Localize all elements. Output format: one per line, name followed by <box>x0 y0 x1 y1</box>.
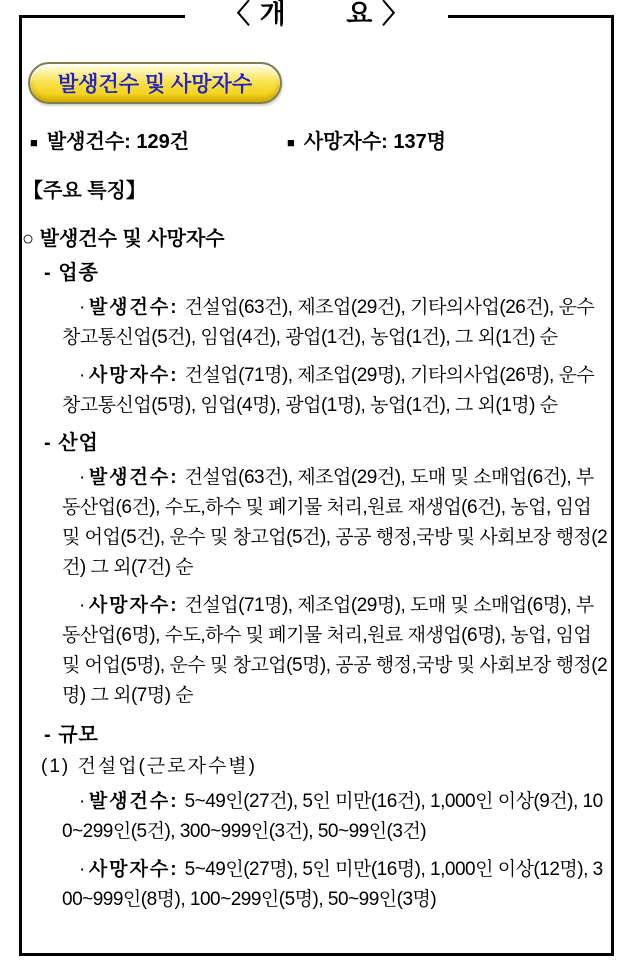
section-industry-type: - 업종 ·발생건수:건설업(63건), 제조업(29건), 기타의사업(26건… <box>22 261 611 421</box>
para-label: 발생건수: <box>89 467 179 488</box>
stat-deaths-text: 사망자수: 137명 <box>304 131 446 154</box>
dot-bullet-icon: · <box>79 859 85 880</box>
dot-bullet-icon: · <box>79 467 85 488</box>
features-header: 【주요 특징】 <box>23 179 611 203</box>
stat-occurrences-text: 발생건수: 129건 <box>47 131 189 154</box>
para-label: 사망자수: <box>89 859 179 880</box>
box-content: 발생건수 및 사망자수 ■ 발생건수: 129건 ■ 사망자수: 137명 【주… <box>22 18 611 953</box>
para-label: 발생건수: <box>89 791 179 812</box>
para-occurrences: ·발생건수:건설업(63건), 제조업(29건), 기타의사업(26건), 운수… <box>62 293 609 353</box>
section-label: - 업종 <box>44 261 611 285</box>
para-label: 발생건수: <box>89 297 179 318</box>
para-deaths: ·사망자수:건설업(71명), 제조업(29명), 기타의사업(26명), 운수… <box>62 361 609 421</box>
dot-bullet-icon: · <box>79 791 85 812</box>
overview-box: 〈 개 요 〉 발생건수 및 사망자수 ■ 발생건수: 129건 ■ 사망자수:… <box>19 15 614 956</box>
para-label: 사망자수: <box>89 595 179 616</box>
square-bullet-icon: ■ <box>30 131 38 154</box>
section-badge: 발생건수 및 사망자수 <box>28 62 282 104</box>
dot-bullet-icon: · <box>79 365 85 386</box>
dot-bullet-icon: · <box>79 595 85 616</box>
para-label: 사망자수: <box>89 365 179 386</box>
section-subheading: (1) 건설업(근로자수별) <box>41 755 611 779</box>
para-occurrences: ·발생건수:5~49인(27건), 5인 미만(16건), 1,000인 이상(… <box>62 787 609 847</box>
stat-deaths: ■ 사망자수: 137명 <box>287 131 446 154</box>
stat-row: ■ 발생건수: 129건 ■ 사망자수: 137명 <box>30 131 611 154</box>
page: { "title": { "text": "〈 개 요 〉" }, "badge… <box>0 0 642 967</box>
stat-occurrences: ■ 발생건수: 129건 <box>30 131 287 154</box>
section-label: - 규모 <box>44 723 611 747</box>
section-label: - 산업 <box>44 431 611 455</box>
overview-item: ○ 발생건수 및 사망자수 <box>22 227 611 251</box>
para-deaths: ·사망자수:건설업(71명), 제조업(29명), 도매 및 소매업(6명), … <box>62 591 609 711</box>
square-bullet-icon: ■ <box>287 131 295 154</box>
section-industry: - 산업 ·발생건수:건설업(63건), 제조업(29건), 도매 및 소매업(… <box>22 431 611 711</box>
para-deaths: ·사망자수:5~49인(27명), 5인 미만(16명), 1,000인 이상(… <box>62 855 609 915</box>
section-scale: - 규모 (1) 건설업(근로자수별) ·발생건수:5~49인(27건), 5인… <box>22 723 611 915</box>
para-occurrences: ·발생건수:건설업(63건), 제조업(29건), 도매 및 소매업(6건), … <box>62 463 609 583</box>
section-badge-label: 발생건수 및 사망자수 <box>58 68 252 98</box>
dot-bullet-icon: · <box>79 297 85 318</box>
